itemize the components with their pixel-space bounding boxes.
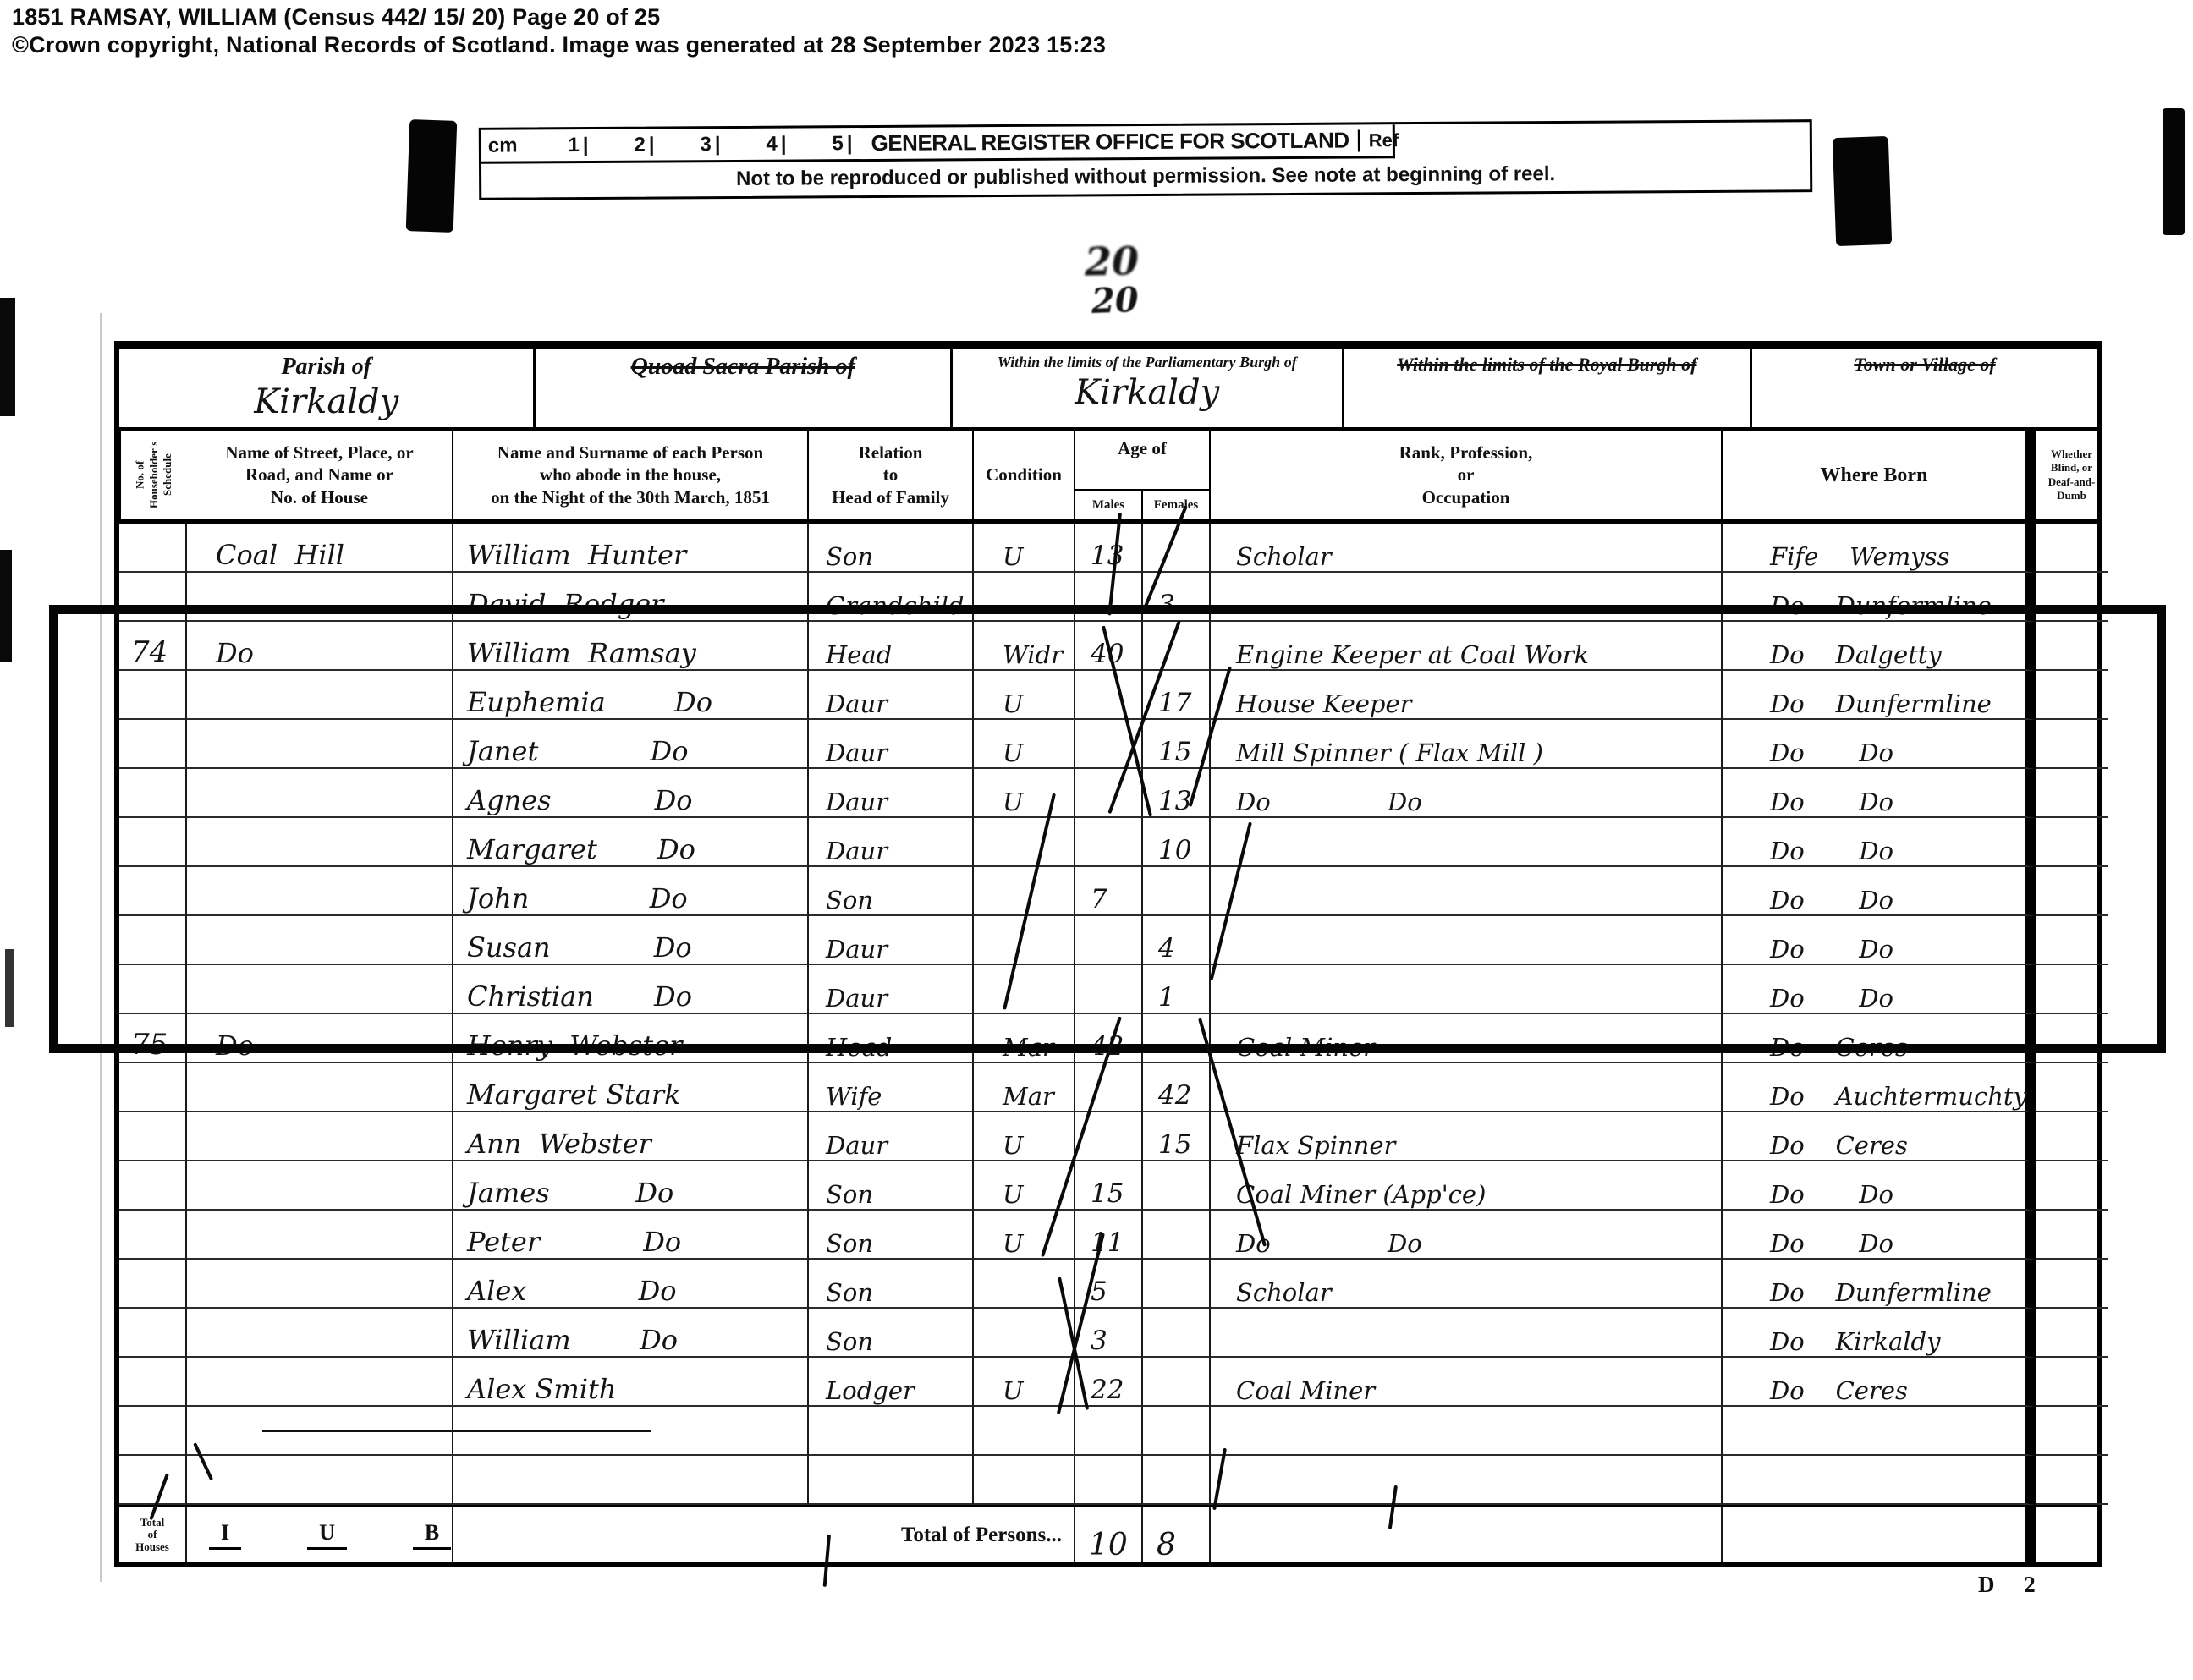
empty-cell [453,1456,809,1505]
cell-born: Do Dunfermline [1723,573,2036,622]
cell-street [187,1260,453,1309]
gro-scotland-label: GENERAL REGISTER OFFICE FOR SCOTLAND [871,128,1349,156]
cell-condition [974,1309,1075,1358]
cell-condition: U [974,769,1075,818]
parish-value: Kirkaldy [254,382,398,421]
cell-born: Do Do [1723,1161,2036,1211]
cell-relation: Daur [809,965,974,1014]
cell-age-female: 13 [1143,769,1211,818]
page-number-stamp-faint: 20 [1091,280,1139,321]
cell-condition [974,818,1075,867]
census-row: Susan Do Daur 4 Do Do [119,916,2097,965]
cell-age-female: 15 [1143,1112,1211,1161]
col-header-name: Name and Surname of each Person who abod… [453,431,809,519]
viewer-overlay: 1851 RAMSAY, WILLIAM (Census 442/ 15/ 20… [12,3,1106,59]
empty-cell [2036,1407,2108,1456]
cell-occupation [1211,916,1723,965]
age-of-label: Age of [1075,431,1209,491]
cell-relation: Lodger [809,1358,974,1407]
cell-name: Susan Do [453,916,809,965]
royal-burgh-label: Within the limits of the Royal Burgh of [1397,354,1696,376]
cell-street [187,965,453,1014]
cell-born: Do Do [1723,1211,2036,1260]
cell-age-female: 4 [1143,916,1211,965]
cell-occupation: Scholar [1211,524,1723,573]
cell-street [187,818,453,867]
film-edge-mark [5,949,14,1027]
copyright-line: ©Crown copyright, National Records of Sc… [12,31,1106,59]
cell-name: Alex Smith [453,1358,809,1407]
parish-cell: Parish of Kirkaldy [119,349,536,427]
cell-relation: Daur [809,818,974,867]
cell-born: Do Do [1723,769,2036,818]
cell-condition [974,867,1075,916]
cell-name: Margaret Do [453,818,809,867]
cell-infirmity [2036,867,2108,916]
cell-name: William Ramsay [453,622,809,671]
cell-relation: Daur [809,671,974,720]
cell-street: Do [187,1014,453,1063]
census-row: Christian Do Daur 1 Do Do [119,965,2097,1014]
cell-schedule [119,1358,187,1407]
cell-born: Do Auchtermuchty [1723,1063,2036,1112]
cell-street: Do [187,622,453,671]
cell-infirmity [2036,1112,2108,1161]
cell-condition: U [974,1112,1075,1161]
district-header-band: Parish of Kirkaldy Quoad Sacra Parish of… [119,349,2097,431]
col-header-age: Age of Males Females [1075,431,1211,519]
cell-age-female [1143,1211,1211,1260]
ruler-ticks: 12345 [522,132,852,157]
cell-age-female [1143,1309,1211,1358]
quoad-sacra-cell: Quoad Sacra Parish of [536,349,952,427]
cell-born: Do Do [1723,867,2036,916]
cell-street [187,1358,453,1407]
cell-age-female: 42 [1143,1063,1211,1112]
cell-schedule [119,1112,187,1161]
cell-relation: Daur [809,769,974,818]
cell-street [187,573,453,622]
cell-schedule [119,867,187,916]
cell-infirmity [2036,573,2108,622]
cell-relation: Grandchild [809,573,974,622]
cell-occupation: Coal Miner [1211,1014,1723,1063]
cell-occupation: Flax Spinner [1211,1112,1723,1161]
plate-mark: D 2 [1978,1572,2047,1598]
cell-condition: U [974,671,1075,720]
cell-occupation [1211,965,1723,1014]
cell-name: Janet Do [453,720,809,769]
parish-label: Parish of [281,354,371,381]
cell-born: Do Ceres [1723,1014,2036,1063]
letter-uninhabited: U [307,1520,347,1550]
cell-occupation [1211,1063,1723,1112]
cell-infirmity [2036,1309,2108,1358]
cell-age-male: 11 [1075,1211,1143,1260]
cell-occupation: Do Do [1211,769,1723,818]
cell-born: Do Dunfermline [1723,671,2036,720]
cell-schedule [119,1211,187,1260]
col-header-infirmity: Whether Blind, or Deaf-and- Dumb [2036,431,2108,519]
cell-condition [974,573,1075,622]
cell-infirmity [2036,1063,2108,1112]
cell-condition [974,965,1075,1014]
cell-age-male: 13 [1075,524,1143,573]
cell-infirmity [2036,769,2108,818]
col-header-street: Name of Street, Place, or Road, and Name… [187,431,453,519]
empty-row [119,1456,2097,1505]
cell-condition: Mar [974,1014,1075,1063]
census-row: Margaret Do Daur 10 Do Do [119,818,2097,867]
cell-name: Henry Webster [453,1014,809,1063]
col-header-schedule: No. of Householder's Schedule [119,431,187,519]
ref-label: Ref [1358,129,1399,151]
cell-age-male [1075,671,1143,720]
cell-infirmity [2036,1014,2108,1063]
cell-age-male [1075,916,1143,965]
cell-street: Coal Hill [187,524,453,573]
census-row: John Do Son 7 Do Do [119,867,2097,916]
cell-occupation: Coal Miner (App'ce) [1211,1161,1723,1211]
cell-infirmity [2036,818,2108,867]
empty-cell [2036,1456,2108,1505]
empty-cell [187,1456,453,1505]
empty-cell [1211,1407,1723,1456]
cell-street [187,1161,453,1211]
empty-cell [1075,1456,1143,1505]
cell-infirmity [2036,916,2108,965]
cell-relation: Son [809,524,974,573]
col-header-relation: Relation to Head of Family [809,431,974,519]
census-row: Ann Webster Daur U 15 Flax Spinner Do Ce… [119,1112,2097,1161]
cell-name: William Hunter [453,524,809,573]
parliamentary-burgh-value: Kirkaldy [1075,373,1219,412]
cell-relation: Son [809,867,974,916]
film-edge-mark [2163,108,2185,235]
cell-street [187,1309,453,1358]
cell-relation: Son [809,1211,974,1260]
parliamentary-burgh-cell: Within the limits of the Parliamentary B… [953,349,1344,427]
cell-born: Do Ceres [1723,1358,2036,1407]
cell-relation: Son [809,1260,974,1309]
reproduction-notice: Not to be reproduced or published withou… [481,156,1810,198]
cell-condition: U [974,720,1075,769]
cell-street [187,720,453,769]
scan-image-area[interactable]: cm 12345 GENERAL REGISTER OFFICE FOR SCO… [0,59,2193,1680]
cell-occupation: Scholar [1211,1260,1723,1309]
cell-age-female: 1 [1143,965,1211,1014]
cell-relation: Son [809,1309,974,1358]
total-females: 8 [1143,1507,1211,1562]
footer-occupation-cell [1211,1507,1723,1562]
census-row: William Do Son 3 Do Kirkaldy [119,1309,2097,1358]
cell-condition: Widr [974,622,1075,671]
cell-occupation [1211,573,1723,622]
cell-street [187,1211,453,1260]
parliamentary-burgh-label: Within the limits of the Parliamentary B… [998,354,1297,371]
cell-schedule [119,818,187,867]
cell-relation: Daur [809,720,974,769]
census-row: James Do Son U 15 Coal Miner (App'ce) Do… [119,1161,2097,1211]
cell-schedule [119,916,187,965]
empty-cell [1723,1456,2036,1505]
cell-infirmity [2036,1358,2108,1407]
cell-relation: Daur [809,916,974,965]
cell-born: Do Do [1723,818,2036,867]
col-header-born: Where Born [1723,431,2036,519]
cell-schedule [119,1063,187,1112]
cell-name: Agnes Do [453,769,809,818]
cell-age-male [1075,965,1143,1014]
ruler-row: cm 12345 GENERAL REGISTER OFFICE FOR SCO… [481,124,1395,164]
total-of-persons-label: Total of Persons... [453,1507,1075,1562]
cell-schedule: 74 [119,622,187,671]
col-header-condition: Condition [974,431,1075,519]
cell-schedule [119,671,187,720]
census-row: Peter Do Son U 11 Do Do Do Do [119,1211,2097,1260]
cell-schedule [119,1260,187,1309]
page-number-stamp: 20 [1085,238,1140,284]
total-males: 10 [1075,1507,1143,1562]
ruler-tick: 5 [786,132,852,156]
cell-occupation: Mill Spinner ( Flax Mill ) [1211,720,1723,769]
empty-cell [974,1456,1075,1505]
cell-age-male: 3 [1075,1309,1143,1358]
cell-age-female [1143,1358,1211,1407]
cell-schedule [119,965,187,1014]
cell-age-female: 10 [1143,818,1211,867]
ruler-tick: 3 [654,133,720,156]
cell-condition: U [974,524,1075,573]
cell-name: William Do [453,1309,809,1358]
cell-name: Margaret Stark [453,1063,809,1112]
census-row: Margaret Stark Wife Mar 42 Do Auchtermuc… [119,1063,2097,1112]
empty-cell [809,1407,974,1456]
quoad-sacra-label: Quoad Sacra Parish of [631,354,855,381]
totals-row: Total of Houses I U B Total of Persons..… [119,1505,2097,1562]
census-row: Alex Do Son 5 Scholar Do Dunfermline [119,1260,2097,1309]
cell-street [187,1112,453,1161]
cell-occupation [1211,1309,1723,1358]
town-village-label: Town or Village of [1854,354,1995,376]
cell-infirmity [2036,622,2108,671]
cell-infirmity [2036,965,2108,1014]
cell-street [187,867,453,916]
page-edge-shadow [100,313,102,1582]
cell-born: Do Dunfermline [1723,1260,2036,1309]
cell-born: Fife Wemyss [1723,524,2036,573]
empty-cell [119,1407,187,1456]
cell-relation: Wife [809,1063,974,1112]
cell-name: John Do [453,867,809,916]
cell-age-male [1075,1063,1143,1112]
ruler-tick: 1 [522,134,588,157]
empty-cell [974,1407,1075,1456]
cell-relation: Son [809,1161,974,1211]
cell-born: Do Ceres [1723,1112,2036,1161]
town-village-cell: Town or Village of [1752,349,2097,427]
cell-infirmity [2036,1161,2108,1211]
cell-name: David Rodger [453,573,809,622]
cell-schedule [119,769,187,818]
houses-tally-cell: I U B [187,1507,453,1562]
census-row: Janet Do Daur U 15 Mill Spinner ( Flax M… [119,720,2097,769]
cell-street [187,769,453,818]
cell-born: Do Dalgetty [1723,622,2036,671]
cell-street [187,1063,453,1112]
cell-occupation [1211,818,1723,867]
cell-age-female [1143,1260,1211,1309]
cell-infirmity [2036,524,2108,573]
cell-schedule [119,720,187,769]
cell-relation: Head [809,1014,974,1063]
cell-name: James Do [453,1161,809,1211]
film-edge-mark [0,298,15,416]
cell-age-female: 3 [1143,573,1211,622]
cell-born: Do Do [1723,916,2036,965]
cell-street [187,916,453,965]
females-label: Females [1141,491,1209,519]
footer-infirmity-cell [2036,1507,2108,1562]
cell-name: Alex Do [453,1260,809,1309]
cell-infirmity [2036,720,2108,769]
cell-infirmity [2036,1211,2108,1260]
males-label: Males [1075,491,1141,519]
cell-name: Euphemia Do [453,671,809,720]
cell-infirmity [2036,671,2108,720]
film-edge-mark [0,550,12,662]
cell-occupation: Coal Miner [1211,1358,1723,1407]
cell-name: Peter Do [453,1211,809,1260]
cell-schedule [119,1309,187,1358]
ruler-unit-label: cm [481,134,523,157]
cell-born: Do Kirkaldy [1723,1309,2036,1358]
record-title: 1851 RAMSAY, WILLIAM (Census 442/ 15/ 20… [12,3,1106,31]
microfilm-header-strip: cm 12345 GENERAL REGISTER OFFICE FOR SCO… [479,119,1812,200]
empty-cell [1143,1456,1211,1505]
cell-age-male [1075,818,1143,867]
cell-age-female [1143,1161,1211,1211]
pen-underline [262,1430,651,1432]
cell-occupation: House Keeper [1211,671,1723,720]
census-viewer-screen: 1851 RAMSAY, WILLIAM (Census 442/ 15/ 20… [0,0,2193,1680]
empty-cell [1211,1456,1723,1505]
cell-born: Do Do [1723,720,2036,769]
cell-condition: Mar [974,1063,1075,1112]
cell-schedule [119,1161,187,1211]
census-row: Alex Smith Lodger U 22 Coal Miner Do Cer… [119,1358,2097,1407]
cell-occupation: Do Do [1211,1211,1723,1260]
film-sprocket-mark [406,119,458,233]
empty-cell [1075,1407,1143,1456]
cell-relation: Daur [809,1112,974,1161]
cell-born: Do Do [1723,965,2036,1014]
cell-infirmity [2036,1260,2108,1309]
cell-schedule: 75 [119,1014,187,1063]
cell-street [187,671,453,720]
cell-occupation [1211,867,1723,916]
cell-age-male: 15 [1075,1161,1143,1211]
ruler-tick: 2 [588,133,654,156]
census-row: Euphemia Do Daur U 17 House Keeper Do Du… [119,671,2097,720]
col-header-occupation: Rank, Profession, or Occupation [1211,431,1723,519]
royal-burgh-cell: Within the limits of the Royal Burgh of [1344,349,1753,427]
empty-cell [1723,1407,2036,1456]
empty-cell [1143,1407,1211,1456]
empty-cell [809,1456,974,1505]
letter-inhabited: I [209,1520,241,1550]
empty-cell [119,1456,187,1505]
census-form: Parish of Kirkaldy Quoad Sacra Parish of… [114,341,2102,1567]
cell-name: Christian Do [453,965,809,1014]
footer-born-cell [1723,1507,2036,1562]
cell-schedule [119,573,187,622]
letter-building: B [413,1520,451,1550]
column-header-row: No. of Householder's Schedule Name of St… [119,431,2097,524]
census-row: Coal Hill William Hunter Son U 13 Schola… [119,524,2097,573]
cell-relation: Head [809,622,974,671]
cell-age-female [1143,867,1211,916]
film-sprocket-mark [1833,136,1892,246]
ruler-tick: 4 [720,132,786,156]
cell-age-male: 7 [1075,867,1143,916]
cell-condition: U [974,1211,1075,1260]
cell-name: Ann Webster [453,1112,809,1161]
cell-occupation: Engine Keeper at Coal Work [1211,622,1723,671]
cell-schedule [119,524,187,573]
